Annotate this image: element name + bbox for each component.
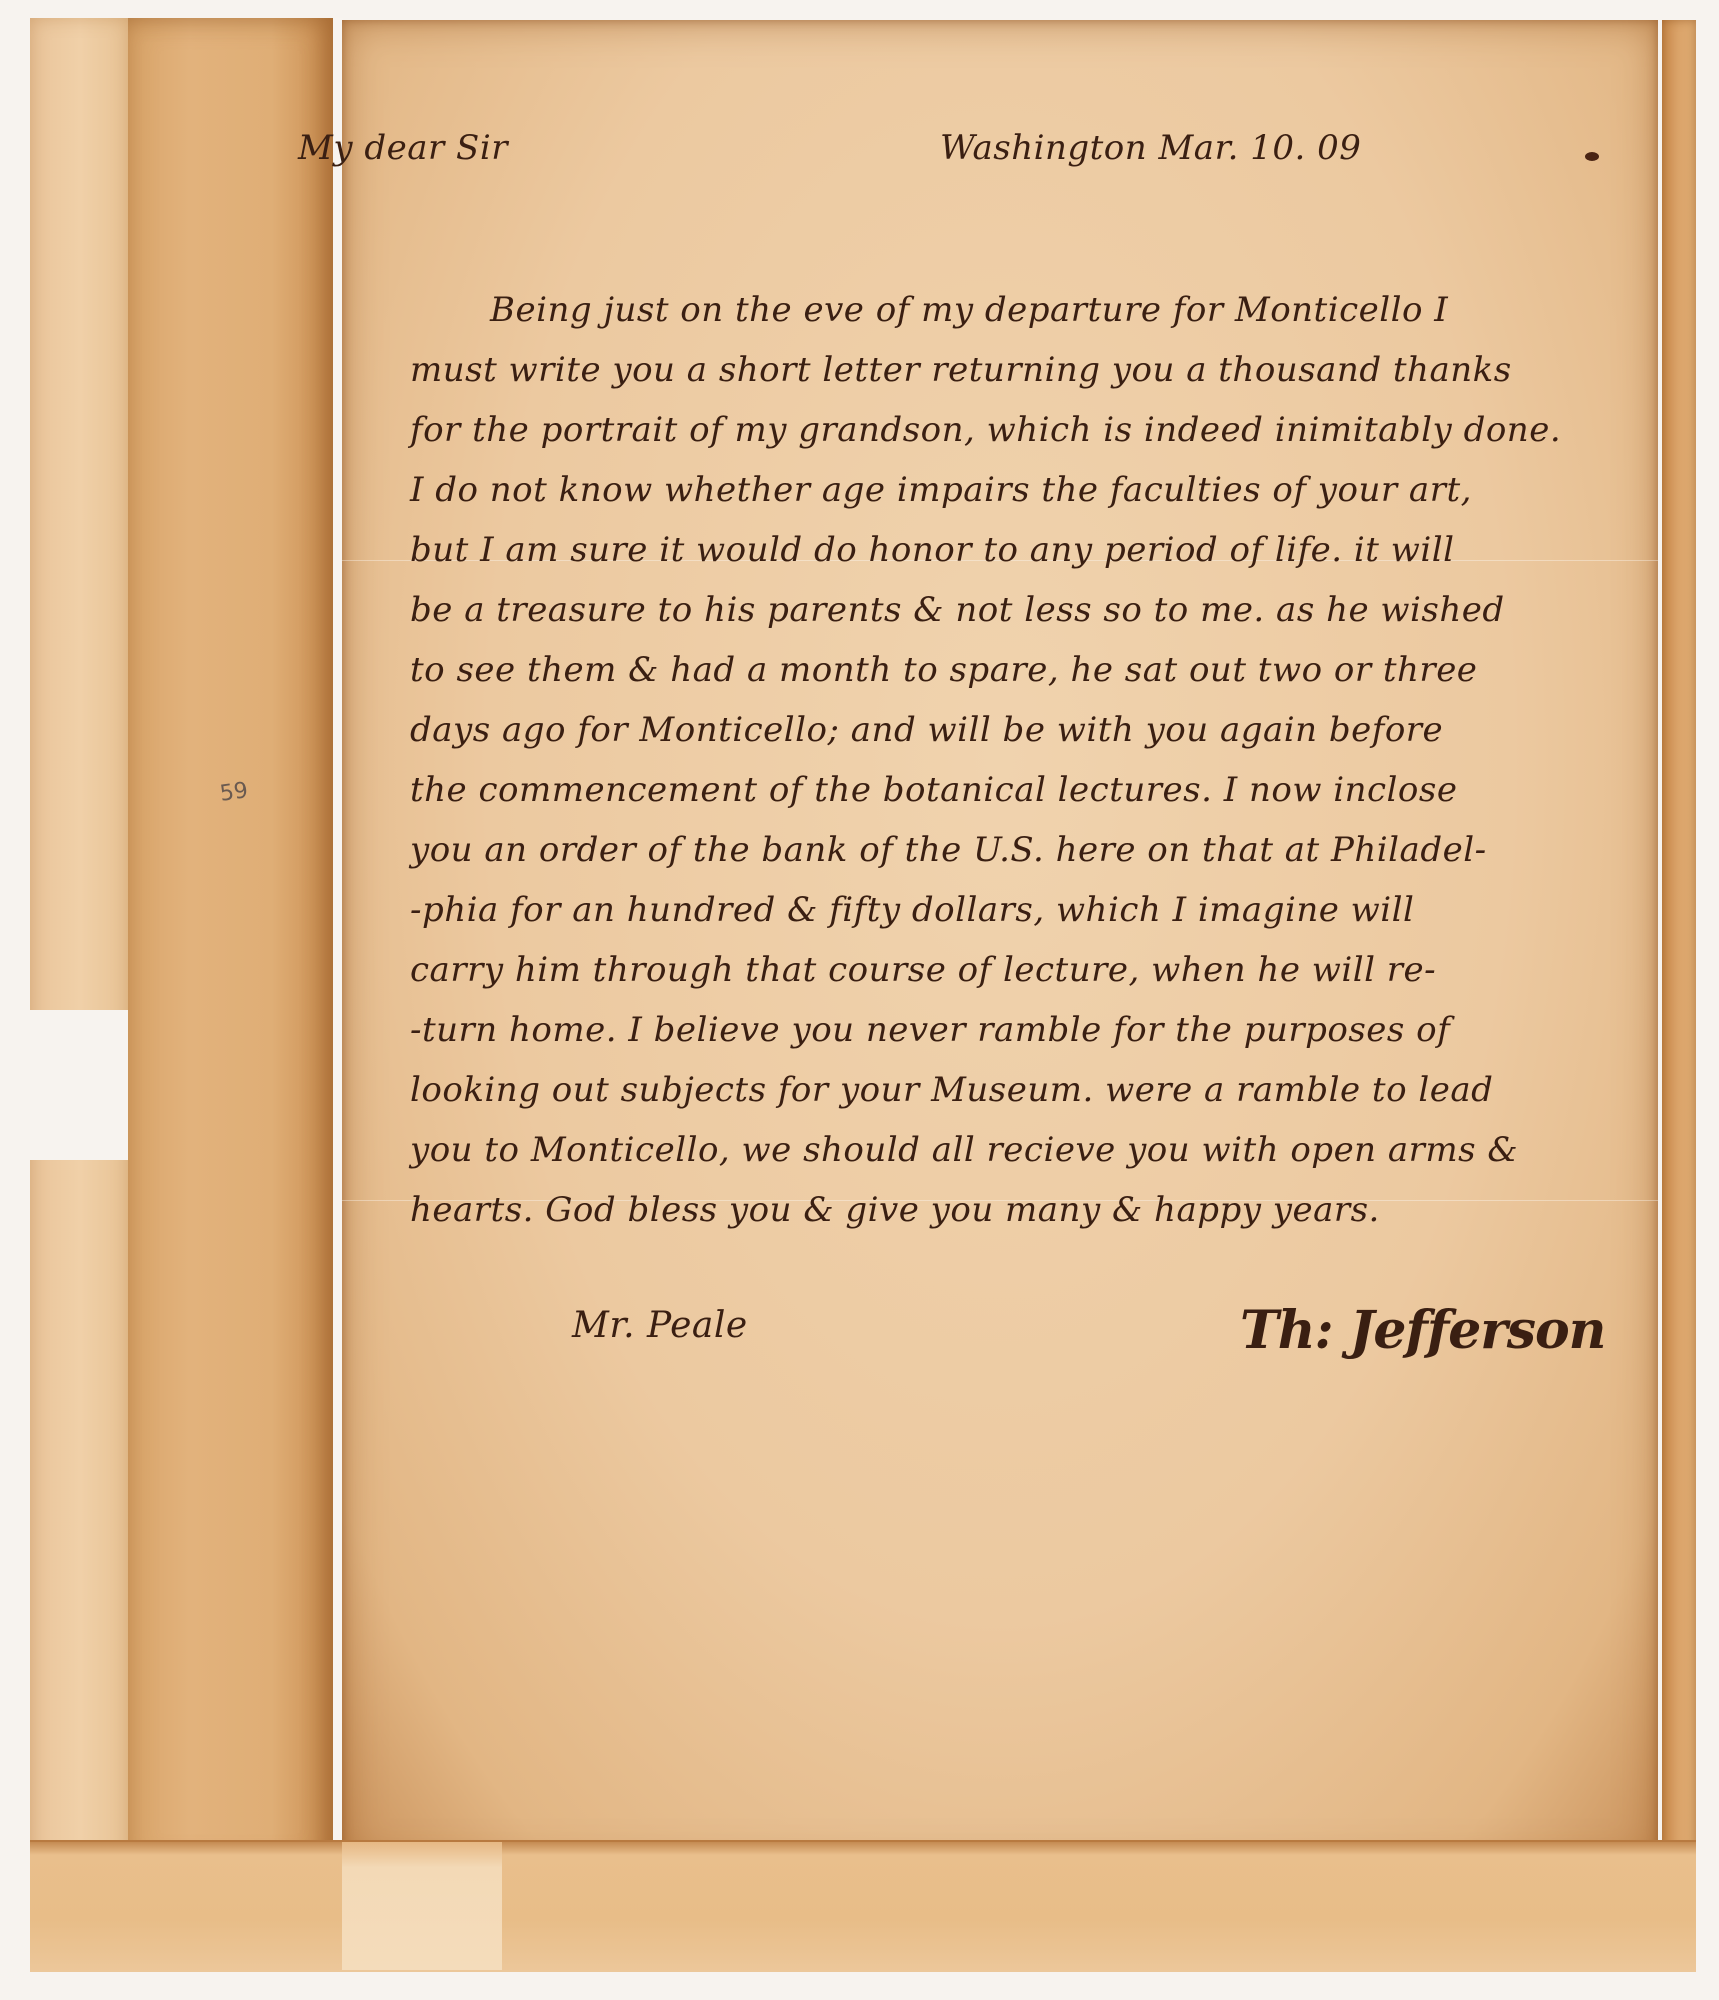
body-line: -turn home. I believe you never ramble f… bbox=[410, 1010, 1450, 1050]
body-line: looking out subjects for your Museum. we… bbox=[410, 1070, 1493, 1110]
body-line: carry him through that course of lecture… bbox=[410, 950, 1436, 990]
bottom-fold-light-patch bbox=[342, 1842, 502, 1970]
body-line: must write you a short letter returning … bbox=[410, 350, 1512, 390]
margin-pencil-note: 59 bbox=[218, 778, 249, 807]
left-outer-fold-strip bbox=[30, 18, 130, 1866]
body-line: for the portrait of my grandson, which i… bbox=[410, 410, 1561, 450]
body-line: -phia for an hundred & fifty dollars, wh… bbox=[410, 890, 1414, 930]
signature: Th: Jefferson bbox=[1240, 1300, 1605, 1361]
body-line: the commencement of the botanical lectur… bbox=[410, 770, 1457, 810]
salutation: My dear Sir bbox=[298, 128, 508, 168]
dateline: Washington Mar. 10. 09 bbox=[940, 128, 1361, 168]
recipient-name: Mr. Peale bbox=[572, 1305, 748, 1346]
body-line: days ago for Monticello; and will be wit… bbox=[410, 710, 1443, 750]
torn-notch bbox=[14, 1010, 139, 1160]
body-line: be a treasure to his parents & not less … bbox=[410, 590, 1505, 630]
body-line: I do not know whether age impairs the fa… bbox=[410, 470, 1472, 510]
body-line: Being just on the eve of my departure fo… bbox=[490, 290, 1448, 330]
body-line: you to Monticello, we should all recieve… bbox=[410, 1130, 1518, 1170]
bottom-fold-strip bbox=[30, 1840, 1696, 1972]
body-line: to see them & had a month to spare, he s… bbox=[410, 650, 1477, 690]
right-fold-strip bbox=[1662, 20, 1696, 1866]
body-line: but I am sure it would do honor to any p… bbox=[410, 530, 1455, 570]
left-inner-fold-strip bbox=[128, 18, 333, 1866]
body-line: you an order of the bank of the U.S. her… bbox=[410, 830, 1487, 870]
ink-blot bbox=[1585, 152, 1599, 161]
body-line: hearts. God bless you & give you many & … bbox=[410, 1190, 1380, 1230]
